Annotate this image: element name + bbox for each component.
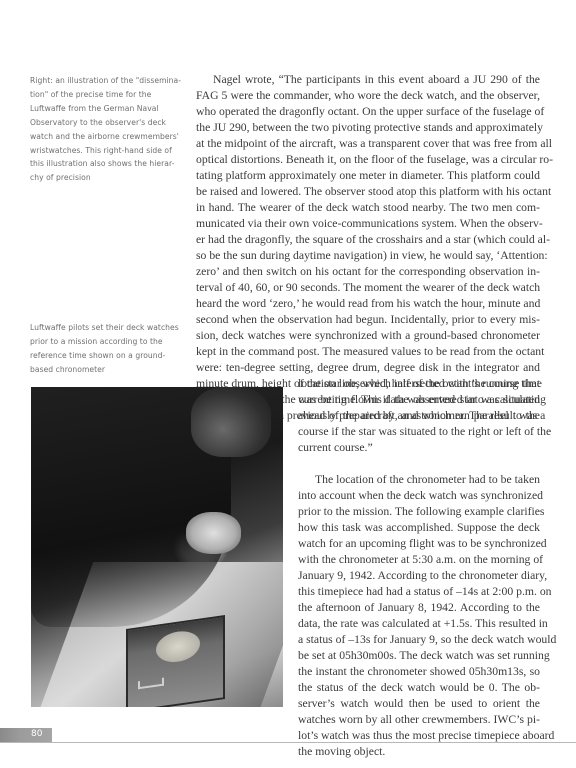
chronometer-dial-icon	[156, 629, 200, 665]
text-line: the status of the deck watch would be 0.…	[298, 680, 540, 696]
text-line: the moving object.	[298, 744, 540, 760]
text-line: The location of the chronometer had to b…	[298, 472, 540, 488]
text-line: zero’ and then switch on his octant for …	[196, 264, 540, 280]
text-line: January 9, 1942. According to the chrono…	[298, 568, 540, 584]
photo-chronometer-box	[126, 615, 225, 707]
caption-line: wristwatches. This right-hand side of	[30, 144, 190, 158]
text-line: server’s watch would then be used to ori…	[298, 696, 540, 712]
text-line: how this task was accomplished. Suppose …	[298, 520, 540, 536]
text-line: sion, deck watches were synchronized wit…	[196, 328, 540, 344]
box-handle-icon	[138, 678, 164, 690]
caption-line: prior to a mission according to the	[30, 335, 190, 349]
photo-pilot-head	[191, 387, 271, 457]
caption-line: tion" of the precise time for the	[30, 88, 190, 102]
caption-line: reference time shown on a ground-	[30, 349, 190, 363]
text-line: FAG 5 were the commander, who wore the d…	[196, 88, 540, 104]
text-line: watches worn by all other crewmembers. I…	[298, 712, 540, 728]
text-line: so be the sun during daytime navigation)…	[196, 248, 540, 264]
text-line: Nagel wrote, “The participants in this e…	[196, 72, 540, 88]
text-line: the instant the chronometer showed 05h30…	[298, 664, 540, 680]
text-line: heard the word ‘zero,’ he would read fro…	[196, 296, 540, 312]
text-line: location line, which intersected with th…	[298, 376, 540, 392]
caption-line: chy of precision	[30, 171, 190, 185]
caption-line: watch and the airborne crewmembers'	[30, 130, 190, 144]
text-line: were: ten-degree setting, degree drum, d…	[196, 360, 540, 376]
text-line: course if the star was situated to the r…	[298, 424, 540, 440]
illustration-caption: Right: an illustration of the "dissemina…	[30, 74, 190, 185]
text-line: the afternoon of January 8, 1942. Accord…	[298, 600, 540, 616]
chronometer-photo	[31, 387, 283, 707]
caption-line: Luftwaffe pilots set their deck watches	[30, 321, 190, 335]
caption-line: Right: an illustration of the "dissemina…	[30, 74, 190, 88]
text-line: data, the rate was calculated at +1.5s. …	[298, 616, 540, 632]
page-number: 80	[31, 729, 42, 739]
text-line: be raised and lowered. The observer stoo…	[196, 184, 540, 200]
text-line: into account when the deck watch was syn…	[298, 488, 540, 504]
text-line: er had the dragonfly, the square of the …	[196, 232, 540, 248]
text-line: at the midpoint of the aircraft, was a t…	[196, 136, 540, 152]
text-line: municated via their own voice-communicat…	[196, 216, 540, 232]
main-text-column: Nagel wrote, “The participants in this e…	[196, 72, 540, 424]
photo-hands-watch	[186, 512, 241, 554]
text-line: was being flown if the observed star was…	[298, 392, 540, 408]
caption-line: based chronometer	[30, 363, 190, 377]
photo-caption: Luftwaffe pilots set their deck watches …	[30, 321, 190, 377]
text-line: this timepiece had had a status of –14s …	[298, 584, 540, 600]
footer-rule	[0, 742, 576, 743]
text-line: watch for an upcoming flight was to be s…	[298, 536, 540, 552]
caption-line: Luftwaffe from the German Naval	[30, 102, 190, 116]
text-line: ahead of the aircraft, and which ran par…	[298, 408, 540, 424]
text-line: terval of 40, 60, or 90 seconds. The mom…	[196, 280, 540, 296]
page-number-tab: 80	[0, 728, 52, 743]
text-line: second when the observation had begun. I…	[196, 312, 540, 328]
caption-line: Observatory to the observer's deck	[30, 116, 190, 130]
text-line: in hand. The wearer of the deck watch st…	[196, 200, 540, 216]
paragraph-spacer	[298, 456, 540, 472]
text-line: a status of –13s for January 9, so the d…	[298, 632, 540, 648]
text-line: be set at 05h30m00s. The deck watch was …	[298, 648, 540, 664]
right-text-column: location line, which intersected with th…	[298, 376, 540, 760]
text-line: optical distortions. Beneath it, on the …	[196, 152, 540, 168]
caption-line: this illustration also shows the hierar-	[30, 157, 190, 171]
text-line: who operated the dragonfly octant. On th…	[196, 104, 540, 120]
text-line: kept in the command post. The measured v…	[196, 344, 540, 360]
text-line: with the chronometer at 5:30 a.m. on the…	[298, 552, 540, 568]
text-line: the JU 290, between the two pivoting pro…	[196, 120, 540, 136]
text-line: current course.”	[298, 440, 540, 456]
text-line: tating platform approximately one meter …	[196, 168, 540, 184]
text-line: prior to the mission. The following exam…	[298, 504, 540, 520]
